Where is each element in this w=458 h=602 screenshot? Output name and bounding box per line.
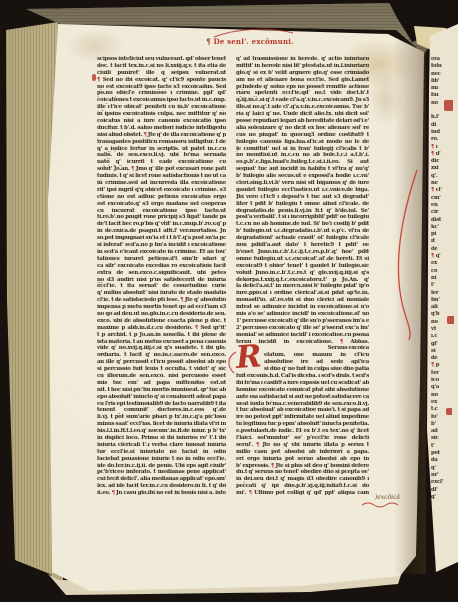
text-line: t'	[431, 443, 457, 450]
text-line: po.nō obicl'e criminoso ī crimine. ppl' …	[97, 90, 226, 97]
text-line: lib'	[431, 78, 457, 85]
text-line: liter t pdit b' fuilegiū t omne aliud cl…	[236, 201, 369, 208]
text-line: ¶ p	[431, 362, 457, 369]
left-page-leaf	[0, 0, 458, 602]
text-line: de	[431, 246, 457, 253]
text-line: ī.c	[431, 333, 457, 340]
text-line: cā silr' excōicato excediās rō excōicati…	[97, 263, 226, 270]
text-line: t p archid. t p Jo.an.in nouella. t ibi …	[97, 332, 226, 339]
text-line: nisi aliud obstet. ¶ Jtē q' de illa excō…	[97, 132, 226, 139]
text-line: tur eccl'ie.si iniuriāto nō faciat in od…	[97, 449, 226, 456]
text-line: nec	[431, 71, 457, 78]
text-line: iniuria clericali t'.ī verba clare innoī…	[97, 442, 226, 449]
text-line: in dei.seu dei.t q' magis d3 obedire can…	[236, 476, 369, 483]
text-line: ne	[431, 180, 457, 187]
text-line: ii.eo. ¶ Jn casū glo.ibi nō est in bonis…	[97, 490, 226, 497]
text-line: 2' percusso excōicato q' ille se' p'sser…	[236, 325, 369, 332]
text-line: ico	[431, 377, 457, 384]
text-line: b' fuilegio alie secus.ut ē expossl'a ho…	[236, 173, 369, 180]
text-line: tationes iuraret petiēns.d't sim'lr sdar…	[97, 256, 226, 263]
text-line: di	[431, 122, 457, 129]
text-line: monastl'io. al'.ro.vbi si duo clerici ad…	[236, 297, 369, 304]
text-line: dist	[431, 217, 457, 224]
text-line: pc'b'riceo imferato. t medianas pene app…	[97, 469, 226, 476]
text-line: fuilegio canonis liga.lua.sl'ic.si modo …	[236, 139, 369, 146]
text-line: cū l'ris epi testimōialib9 de facto narr…	[97, 401, 226, 408]
text-line: fm'	[431, 297, 457, 304]
text-line: gl'	[431, 341, 457, 348]
text-line: illo.si nō.q'.t adē cl'.q'a.v.in.e.excōi…	[236, 104, 369, 111]
text-line: fuī	[431, 92, 457, 99]
pilcrow-icon: ¶	[180, 297, 183, 303]
running-header: ¶ De senl'. excōmuni.	[196, 37, 304, 46]
text-line: dic	[431, 158, 457, 165]
text-line: tenent cōmunit' doctores.in.c.eos q'.de …	[97, 407, 226, 414]
text-line: nō monitiōi.ut in.c.cū nō ab bole.t.c.i …	[236, 152, 369, 159]
text-line: faciebat psuasione iniurie t nō in odiū …	[97, 456, 226, 463]
text-line: riā q' laici q' nō. Unde dicit alio.tx. …	[236, 111, 369, 118]
text-line: q' nullus absoluit' nisi iurato de stādo…	[97, 290, 226, 297]
text-line: 1' percusse excōicati q' ille sn'o p'sse…	[236, 318, 369, 325]
pilcrow-icon: ¶	[431, 362, 434, 368]
text-line: eccl'ie. t ita seruat' de cōsuetudine cu…	[97, 283, 226, 290]
photo-open-incunabulum-book: ¶ De senl'. excōmuni. scipsos inteficiūt…	[0, 0, 458, 602]
text-line: tudinis. t q' si licet rōne satisfaction…	[97, 173, 226, 180]
text-line: nāto q' icurrit t eadē excōicatione cū p…	[97, 159, 226, 166]
text-line: t.c	[431, 406, 457, 413]
pilcrow-icon: ¶	[431, 253, 434, 259]
text-line: monial' sē adinuicē incidl' i excōicatiō…	[236, 332, 369, 339]
text-line: ¶ d'	[431, 151, 457, 158]
pilcrow-icon: ¶	[249, 490, 252, 496]
text-line: epo absoluit' iniūcto q' si cōualuerit a…	[97, 394, 226, 401]
text-line: serul'. ¶ Jtē nō q' vbi iniuris illata p…	[236, 442, 369, 449]
text-line: ni	[431, 275, 457, 282]
text-line: cl'ie. t de satisfaciēdo pti lese. ¶ Jtē…	[97, 297, 226, 304]
text-line: in de.vnica.de psāgui.t affi.l' ver.mort…	[97, 228, 226, 235]
manuscript-catchword: )excōicā	[352, 494, 400, 502]
text-line: en	[431, 202, 457, 209]
text-line: mis ā'o sē' adinuicē incidl' in excōicat…	[236, 311, 369, 318]
text-line: ād	[431, 428, 457, 435]
text-line: maxime p abb.in.d.c.cū desiderio. ¶ Sed …	[97, 325, 226, 332]
text-line: ali	[431, 304, 457, 311]
text-line: cui fecit deficl'. alia medianas applicā…	[97, 476, 226, 483]
text-line: millo casu pōt absolui ab inferiori a pa…	[236, 449, 369, 456]
red-margin-mark-icon	[92, 74, 96, 81]
text-line: si inferat' scd'a.nō p fm'ā incidit ī ex…	[97, 242, 226, 249]
text-line: ¶ q'	[431, 253, 457, 260]
text-line: ro.	[431, 136, 457, 143]
text-line: folū	[431, 63, 457, 70]
pilcrow-icon: ¶	[431, 144, 434, 150]
text-line: ¶ cl'	[431, 187, 457, 194]
text-line: mis tūc em' ad papā mittendus est.ut in.…	[97, 380, 226, 387]
text-line: de	[431, 355, 457, 362]
red-initial-fragment-icon	[447, 316, 454, 324]
text-line: riarū spetenti eccl'ie.qd' nō.t vide doc…	[236, 90, 369, 97]
text-line: degradatio.de penis.li.vj.in fi.t q' b'd…	[236, 208, 369, 215]
text-line: posse repudiari legari ab hereditatē del…	[236, 118, 369, 125]
text-line: q'	[431, 494, 457, 500]
text-line: ctionē nō est adhuc petiēns excōicatus e…	[97, 194, 226, 201]
text-line: pi	[431, 231, 457, 238]
text-line: posl'a verbalil'. t si ī incorrigiblil' …	[236, 214, 369, 221]
text-line: b'enet Jnno.in.c.b'.t.c.ij.t.c.ro.p.b'.q…	[236, 249, 369, 256]
text-line: xxi	[431, 165, 457, 172]
text-column-right: q' ad trāsmissionē in heredē. q' actio i…	[236, 56, 369, 498]
text-line: so.pōt impugnari sn'iā et i t b'l'.q'a p…	[97, 235, 226, 242]
text-line: est excōicato.q' s3 ergo mādans uel coop…	[97, 201, 226, 208]
pilcrow-icon: ¶	[271, 463, 274, 469]
text-line: bis.l.l.in.ff.t.l.eo.q' nocum'.in.ff.de …	[97, 428, 226, 435]
text-line: nō	[431, 392, 457, 399]
text-line: ducitur. t b'.d. saluo meliori iudicio i…	[97, 125, 226, 132]
text-line: vide q' nō.xvij.q.iiij.c.si q's suadēte.…	[97, 345, 226, 352]
text-line: ista materia. t an metus excuset a pena …	[97, 339, 226, 346]
text-line: li.vj. t pōt sum'arie pbari p tx'.in.c.q…	[97, 414, 226, 421]
text-line: solut' Jo.an. ¶ Jmo q' ille pōt excusari…	[97, 166, 226, 173]
text-line: impensa p metū mortis tenet qo ad eccl'i…	[97, 304, 226, 311]
text-line: īt	[431, 238, 457, 245]
pilcrow-icon: ¶	[206, 37, 211, 46]
text-line: ti.ro.b'.nō pīugit rōne pricipij s3 liga…	[97, 214, 226, 221]
text-line: ter	[431, 370, 457, 377]
text-line: peccati q' ipi dño.p.b'.xj.q.iij.iuliā9.…	[236, 483, 369, 490]
pilcrow-icon: ¶	[112, 490, 115, 496]
text-line: cm'	[431, 195, 457, 202]
text-line: gaudet fuilegio eccl'iastico.ut ī.c.vnic…	[236, 187, 369, 194]
text-line: excō. ubi de absolutione coacta plene p …	[97, 318, 226, 325]
text-line: le cōmittūt' uel si in fraū' fuilegij cl…	[236, 146, 369, 153]
text-line: in ipsius excōicatiōis culpa. nec mittit…	[97, 111, 226, 118]
red-initial-fragment-icon	[446, 408, 452, 415]
text-line: cir	[431, 209, 457, 216]
text-line: extra de sen.excō.c.significauit. ubi pe…	[97, 270, 226, 277]
text-line: in scd'a e'icant excōicato in crimine. E…	[97, 249, 226, 256]
text-line: q' a iudice fertur in scriptis. ut patet…	[97, 146, 226, 153]
text-line: cus nō piugat' in quocūq3 ordine cōstitu…	[236, 132, 369, 139]
text-line: q'.	[431, 173, 457, 180]
text-line: q' ad trāsmissionē in heredē. q' actio i…	[236, 56, 369, 63]
text-line: q.iij.in.c.si q'.t eadē cl'a.q'.v.in.c.e…	[236, 97, 369, 104]
text-line: ex	[431, 260, 457, 267]
text-line: scipsos inteficiūt seu vulnerant. qd' ob…	[97, 56, 226, 63]
text-line: in crimine.sed ad incurrēdā illā excōica…	[97, 180, 226, 187]
text-line: cū illorum.de sen.excō. nisi percussio e…	[97, 373, 226, 380]
text-line: ex	[431, 399, 457, 406]
text-line: alia solēnizare q' nō dicit ex hoc alien…	[236, 125, 369, 132]
text-line: ¶ Sed nō ibi excōicat. q' cl'ic9 sponte …	[97, 77, 226, 84]
text-line: omne fuilegiū.ut ī.c.excōicat'.al'.de he…	[236, 256, 369, 263]
pilcrow-icon: ¶	[431, 187, 434, 193]
text-line: sequat' tūc aūt incidit in habitu t vl't…	[236, 166, 369, 173]
text-line: doc. t facit tex.in.c.si nō li.xxiij.q.v…	[97, 63, 226, 70]
text-line: dā	[431, 457, 457, 464]
pilcrow-icon: ¶	[195, 325, 198, 331]
text-line: lex. ad idē facit ter.in.c.cū desidero.i…	[97, 483, 226, 490]
text-line: iure.ppio.si ī ordinē clerical'.si.si pd…	[236, 290, 369, 297]
text-line: b'	[431, 421, 457, 428]
text-line: cū incurrat excōicationē ipso facto.ut i…	[97, 208, 226, 215]
text-line: pōt	[431, 450, 457, 457]
text-line: mi'. ¶ Ultimo pōt colligi q' qd' ppt' al…	[236, 490, 369, 497]
text-line: pcludēdo q' solus eps nō posset remitte …	[236, 84, 369, 91]
text-line: excōicat9 t obier' tenet' t gaudet b' fu…	[236, 263, 369, 270]
text-line: ueat iuxta fo'mā.c.venerabilib9 de sen.e…	[236, 401, 369, 408]
text-line: excl'	[431, 479, 457, 486]
text-line: cōicationes t excōicamus ipso facto.ut i…	[97, 97, 226, 104]
red-initial-fragment-icon	[444, 100, 453, 111]
text-line: tū legitimū tūc p epm' absoluit' iniūcta…	[236, 421, 369, 428]
text-line: in duplici loco. Primo si ibi iniuriōs r…	[97, 435, 226, 442]
text-line: homine excōicato cōmīicat ptat sibi abso…	[236, 387, 369, 394]
pilcrow-icon: ¶	[431, 151, 434, 157]
text-line: ille cl'ice obicāt' penitēti cū in.b' ex…	[97, 104, 226, 111]
text-line: ante oīa satisfaciat si aūt nō potest sa…	[236, 394, 369, 401]
text-line: l'laici. sol'muntur' so' p'eccl'ie rōne …	[236, 435, 369, 442]
text-line: nit. t hoc nisi pic'lm mortis immineat. …	[97, 387, 226, 394]
pilcrow-icon: ¶	[97, 77, 100, 83]
text-line: cleri.sing.li.vi.b' verū nisi sit bigamu…	[236, 180, 369, 187]
text-column-left: scipsos inteficiūt seu vulnerant. qd' ob…	[97, 56, 226, 498]
pilcrow-icon: ¶	[131, 166, 134, 172]
text-line: b.l'	[431, 114, 457, 121]
text-line: dl'	[431, 487, 457, 494]
text-line: rit' ipsi mgril q'q obicet excōicato ī c…	[97, 187, 226, 194]
text-line: nr'	[431, 472, 457, 479]
text-line: dū.t q' seruus nō tenet' obedire dño si …	[236, 469, 369, 476]
text-line: kc'	[431, 224, 457, 231]
text-line: b' fuilegio.ut ī.c.degradatio.ī.b'.ut ē.…	[236, 228, 369, 235]
text-line: intrāt sē adinuicē incidūt in excōicatio…	[236, 304, 369, 311]
text-line: ler	[431, 290, 457, 297]
text-line: t.c.cū nō ab homine.de iud. Si' bo'i cōs…	[236, 221, 369, 228]
pilcrow-icon: ¶	[256, 442, 259, 448]
text-line: ¶ ī	[431, 144, 457, 151]
running-header-title: De senl'. excōmuni.	[214, 37, 294, 46]
text-line: e.postulasti.de iudic. Et ex b'.t ex tex…	[236, 428, 369, 435]
pilcrow-icon: ¶	[143, 132, 146, 138]
text-line: mittit' in heredē nisi lit' ptestata.ut …	[236, 63, 369, 70]
text-line: cō	[431, 268, 457, 275]
text-line: non pdidl'a.aut dato' t heretic9 t pdit'…	[236, 242, 369, 249]
pilcrow-icon: ¶	[340, 339, 343, 345]
text-line: mī	[431, 85, 457, 92]
text-line: vt	[431, 326, 457, 333]
text-line: ibi fo'ma ī casib9 a iure expssis uel cū…	[236, 380, 369, 387]
text-line: fo'	[431, 414, 457, 421]
text-line: b' expressis. ¶ Jtē si plus sit deo q' h…	[236, 463, 369, 470]
text-line: eo.p.b'.c.liga.luad'e.fuileg.t.c.si.i.ii…	[236, 159, 369, 166]
text-line: eri ergo iniuria pōt seruo absolui ab ep…	[236, 456, 369, 463]
text-line: sic	[431, 435, 457, 442]
text-line: degradationl' actualē crasit' ol' fuileg…	[236, 235, 369, 242]
text-line: erā	[431, 56, 457, 63]
text-line: q'a	[431, 384, 457, 391]
text-line: nalis. de sen.excō.li.vj. ubi fo'ma seru…	[97, 152, 226, 159]
text-line: ire nō potest ppt' infirmitatē uel aliud…	[236, 414, 369, 421]
drop-cap-initial-R: R	[235, 341, 267, 375]
text-line: nō qo ad deū.ut nō.glo.in.c.cū desiderio…	[97, 311, 226, 318]
text-line: si	[431, 348, 457, 355]
text-line: ind	[431, 129, 457, 136]
text-line: q'	[431, 465, 457, 472]
text-line: glo.q' si ex b' velit arguere glo.q' ess…	[236, 70, 369, 77]
text-line: trauagantes pontificū romanorū infligitu…	[97, 139, 226, 146]
text-line: dekorpa.t.xxij.q.t.c.excōicatorū.t' p Jo…	[236, 277, 369, 284]
text-line: Jbi vero cl'ic9 ī deposl'o t tūc aūt s3 …	[236, 194, 369, 201]
text-line: nō d3 audiri nisi p'us satisfecerit de i…	[97, 277, 226, 284]
catchword-text: excōicā	[377, 494, 400, 501]
text-line: minus sāat' eccl'ias. licet de iniuria i…	[97, 421, 226, 428]
facing-page-text-fragments: erāfolūneclib'mīfuīnōb.l'diindro.¶ ī¶ d'…	[431, 56, 457, 500]
text-line: idē do.ter.in.c.ij.ii. de penis. Ubi eps…	[97, 463, 226, 470]
text-line: t tūc absoluat' ab excōicatiōe maio'i. t…	[236, 407, 369, 414]
text-line: cōicatus nisi a iure canonis excōicatio …	[97, 118, 226, 125]
text-line: ciuili puniret' ille q seipsū vulnerat.u…	[97, 70, 226, 77]
text-line: la delicl'a.si.t' in mercū.nisi b' fuile…	[236, 283, 369, 290]
text-line: am nō et alienare bona eccl'ie. Sed glo.…	[236, 77, 369, 84]
text-line: t'	[431, 282, 457, 289]
text-line: an ille q' percussit cl'icū possit absol…	[97, 359, 226, 366]
text-line: de't facit hec rō.p'bis q' vtit' in.c.mu…	[97, 221, 226, 228]
text-line: voluit Jnno.in.c.b'.t.c.ro.t q' glo.xvij…	[236, 270, 369, 277]
text-line: ordīaria. t facit q' nō.in.c.sacro.de se…	[97, 352, 226, 359]
text-line: si percussio fuit leuis t occulta. t vid…	[97, 366, 226, 373]
text-line: nō est excōicat9 ipso facto s3 excōicādu…	[97, 84, 226, 91]
